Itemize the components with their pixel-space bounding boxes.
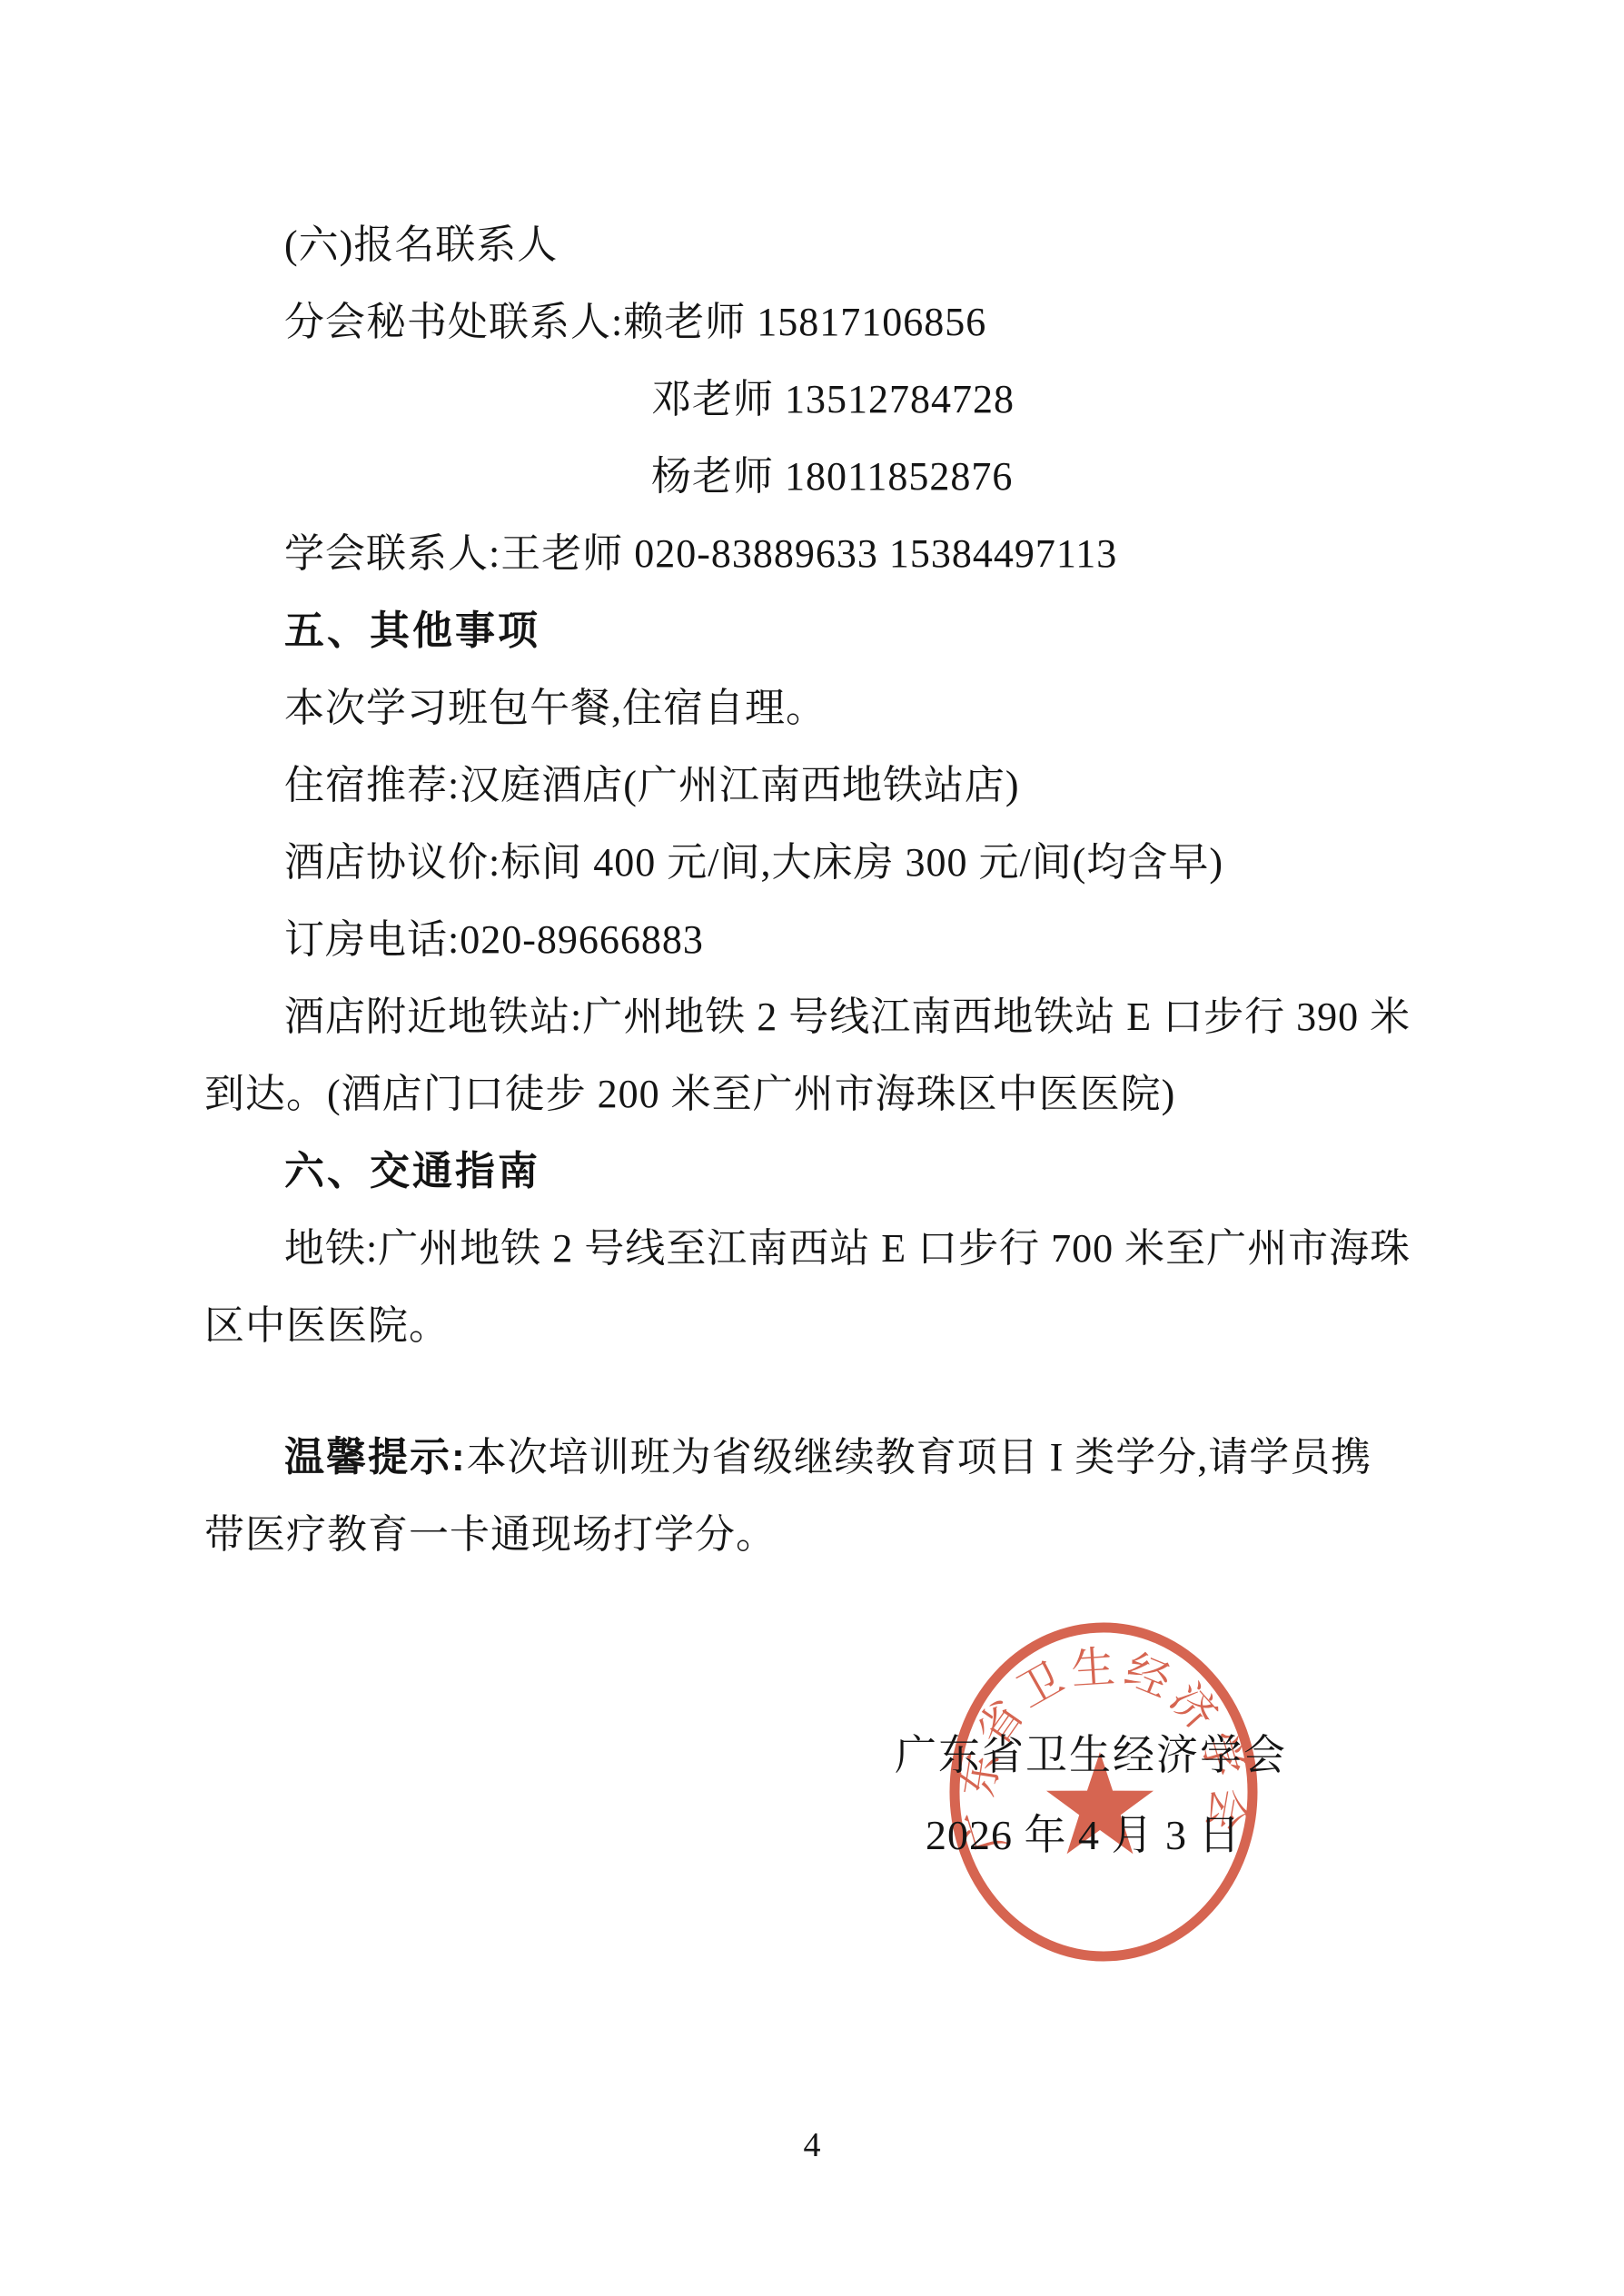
contact-line-teacher-yang: 杨老师 18011852876 [204, 438, 1440, 515]
contact-line-branch-secretariat: 分会秘书处联系人:赖老师 15817106856 [204, 283, 1440, 361]
contact-line-teacher-deng: 邓老师 13512784728 [204, 361, 1440, 438]
line-metro-route-1: 地铁:广州地铁 2 号线至江南西站 E 口步行 700 米至广州市海珠 [204, 1210, 1440, 1287]
line-lunch-accommodation: 本次学习班包午餐,住宿自理。 [204, 669, 1440, 747]
line-tip-1: 温馨提示:本次培训班为省级继续教育项目 I 类学分,请学员携 [204, 1419, 1440, 1496]
section-heading-other-matters: 五、其他事项 [204, 592, 1440, 669]
tip-label: 温馨提示: [284, 1435, 467, 1480]
section-heading-registration-contacts: (六)报名联系人 [204, 206, 1440, 283]
signature-org: 广东省卫生经济学会 [895, 1730, 1287, 1781]
section-heading-traffic-guide: 六、交通指南 [204, 1133, 1440, 1210]
line-booking-phone: 订房电话:020-89666883 [204, 901, 1440, 978]
line-hotel-price: 酒店协议价:标间 400 元/间,大床房 300 元/间(均含早) [204, 824, 1440, 901]
line-tip-2: 带医疗教育一卡通现场打学分。 [204, 1496, 1440, 1573]
signature-date: 2026 年 4 月 3 日 [926, 1810, 1287, 1861]
line-hotel-metro-2: 到达。(酒店门口徒步 200 米至广州市海珠区中医医院) [204, 1055, 1440, 1133]
line-hotel-recommendation: 住宿推荐:汉庭酒店(广州江南西地铁站店) [204, 747, 1440, 824]
line-metro-route-2: 区中医医院。 [204, 1287, 1440, 1364]
contact-line-society: 学会联系人:王老师 020-83889633 15384497113 [204, 515, 1440, 592]
signature-block: 广东省卫生经济学会 2026 年 4 月 3 日 [895, 1730, 1287, 1861]
line-hotel-metro-1: 酒店附近地铁站:广州地铁 2 号线江南西地铁站 E 口步行 390 米 [204, 978, 1440, 1055]
page-number: 4 [0, 2125, 1624, 2165]
tip-text: 本次培训班为省级继续教育项目 I 类学分,请学员携 [467, 1435, 1372, 1480]
document-body: (六)报名联系人 分会秘书处联系人:赖老师 15817106856 邓老师 13… [204, 206, 1440, 1573]
document-page: (六)报名联系人 分会秘书处联系人:赖老师 15817106856 邓老师 13… [0, 0, 1624, 2296]
